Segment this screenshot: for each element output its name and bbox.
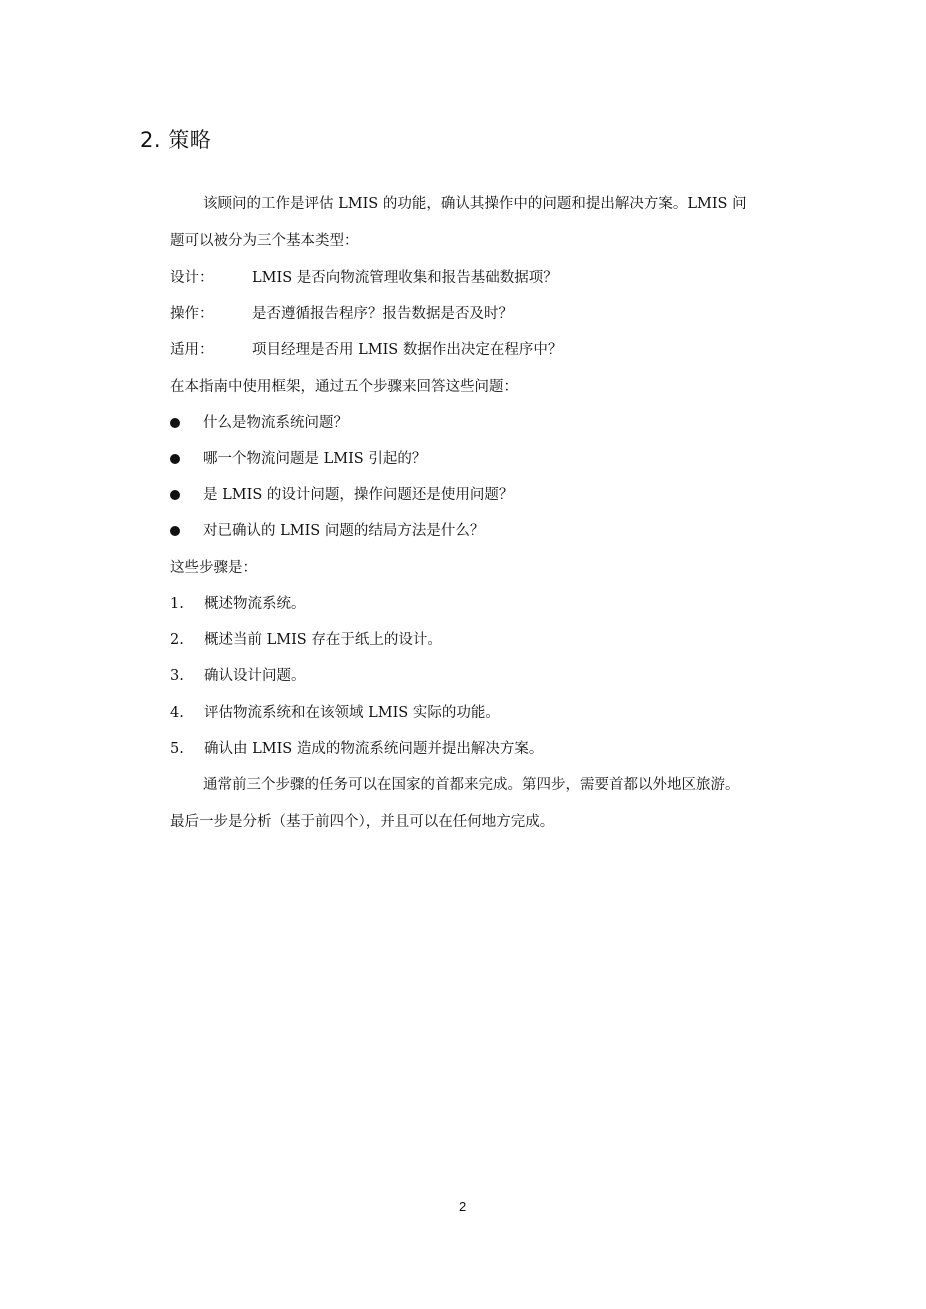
page-number: 2 <box>459 1199 466 1214</box>
step-text: 确认设计问题。 <box>204 668 306 684</box>
question-item: 哪一个物流问题是 LMIS 引起的？ <box>203 449 426 469</box>
type-operation: 操作：是否遵循报告程序？报告数据是否及时？ <box>170 304 513 324</box>
type-label: 适用： <box>170 340 252 360</box>
type-label: 设计： <box>170 268 252 288</box>
section-heading: 2. 策略 <box>140 124 211 154</box>
step-number: 3. <box>170 666 204 686</box>
step-item: 5.确认由 LMIS 造成的物流系统问题并提出解决方案。 <box>170 739 543 759</box>
bullet-icon <box>170 418 180 428</box>
question-item: 是 LMIS 的设计问题，操作问题还是使用问题？ <box>203 485 513 505</box>
type-text: 项目经理是否用 LMIS 数据作出决定在程序中？ <box>252 342 562 358</box>
step-text: 评估物流系统和在该领域 LMIS 实际的功能。 <box>204 705 500 721</box>
step-number: 5. <box>170 739 204 759</box>
steps-intro: 这些步骤是： <box>170 558 257 578</box>
type-label: 操作： <box>170 304 252 324</box>
bullet-icon <box>170 490 180 500</box>
step-number: 4. <box>170 703 204 723</box>
step-number: 2. <box>170 630 204 650</box>
step-item: 2.概述当前 LMIS 存在于纸上的设计。 <box>170 630 442 650</box>
question-item: 对已确认的 LMIS 问题的结局方法是什么？ <box>203 521 484 541</box>
step-number: 1. <box>170 594 204 614</box>
step-text: 确认由 LMIS 造成的物流系统问题并提出解决方案。 <box>204 741 543 757</box>
bullet-icon <box>170 526 180 536</box>
intro-paragraph-line-2: 题可以被分为三个基本类型： <box>170 231 359 251</box>
step-item: 3.确认设计问题。 <box>170 666 306 686</box>
type-use: 适用：项目经理是否用 LMIS 数据作出决定在程序中？ <box>170 340 562 360</box>
bullet-icon <box>170 454 180 464</box>
question-item: 什么是物流系统问题？ <box>203 413 348 433</box>
closing-paragraph-line-2: 最后一步是分析（基于前四个），并且可以在任何地方完成。 <box>170 812 554 832</box>
framework-intro: 在本指南中使用框架，通过五个步骤来回答这些问题： <box>170 377 518 397</box>
intro-paragraph-line-1: 该顾问的工作是评估 LMIS 的功能，确认其操作中的问题和提出解决方案。LMIS… <box>203 194 747 214</box>
type-text: 是否遵循报告程序？报告数据是否及时？ <box>252 306 513 322</box>
type-design: 设计：LMIS 是否向物流管理收集和报告基础数据项？ <box>170 268 558 288</box>
step-item: 1.概述物流系统。 <box>170 594 306 614</box>
type-text: LMIS 是否向物流管理收集和报告基础数据项？ <box>252 270 558 286</box>
step-text: 概述当前 LMIS 存在于纸上的设计。 <box>204 632 442 648</box>
step-text: 概述物流系统。 <box>204 596 306 612</box>
step-item: 4.评估物流系统和在该领域 LMIS 实际的功能。 <box>170 703 500 723</box>
closing-paragraph-line-1: 通常前三个步骤的任务可以在国家的首都来完成。第四步，需要首都以外地区旅游。 <box>203 775 740 795</box>
